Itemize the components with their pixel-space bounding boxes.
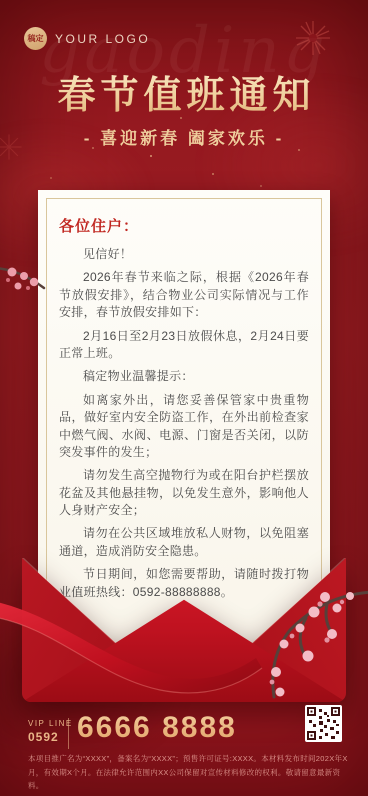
letter-paragraph: 如离家外出，请您妥善保管家中贵重物品，做好室内安全防盗工作，在外出前检查家中燃气…	[59, 392, 309, 462]
footer: VIP LINE 0592 6666 8888 本项目推广名为“XXX	[0, 710, 368, 796]
logo-row: 稿定 YOUR LOGO	[24, 27, 150, 50]
vip-line-label: VIP LINE	[28, 719, 73, 728]
page-title: 春节值班通知	[0, 64, 368, 119]
legal-disclaimer: 本项目推广名为“XXXX”，备案名为“XXXX”；预售许可证号:XXXX。本材料…	[28, 752, 348, 793]
letter-paragraphs: 见信好！ 2026年春节来临之际，根据《2026年春节放假安排》，结合物业公司实…	[59, 246, 309, 601]
logo-text: YOUR LOGO	[55, 32, 150, 46]
hotline-number: 6666 8888	[77, 711, 237, 745]
gold-sparkles-decoration	[150, 155, 152, 157]
firework-icon	[290, 15, 336, 61]
qr-code	[305, 705, 342, 742]
letter-greeting: 各位住户：	[59, 215, 309, 236]
letter-paragraph: 见信好！	[59, 246, 309, 263]
letter-paragraph: 2月16日至2月23日放假休息，2月24日要正常上班。	[59, 328, 309, 363]
vip-line-block: VIP LINE 0592	[28, 719, 73, 744]
page-subtitle: - 喜迎新春 阖家欢乐 -	[0, 124, 368, 149]
brand-seal-icon: 稿定	[24, 27, 47, 50]
letter-paragraph: 请勿在公共区域堆放私人财物，以免阻塞通道，造成消防安全隐患。	[59, 525, 309, 560]
spring-festival-duty-notice-poster: gaoding 稿定 YOUR LOGO 春节值班通知 - 喜迎新春 阖家欢乐 …	[0, 0, 368, 796]
red-envelope	[22, 558, 346, 702]
letter-paragraph: 稿定物业温馨提示：	[59, 368, 309, 385]
letter-paragraph: 2026年春节来临之际，根据《2026年春节放假安排》，结合物业公司实际情况与工…	[59, 269, 309, 321]
area-code: 0592	[28, 730, 73, 744]
letter-paragraph: 请勿发生高空抛物行为或在阳台护栏摆放花盆及其他悬挂物，以免发生意外，影响他人人身…	[59, 467, 309, 519]
divider	[68, 718, 69, 749]
